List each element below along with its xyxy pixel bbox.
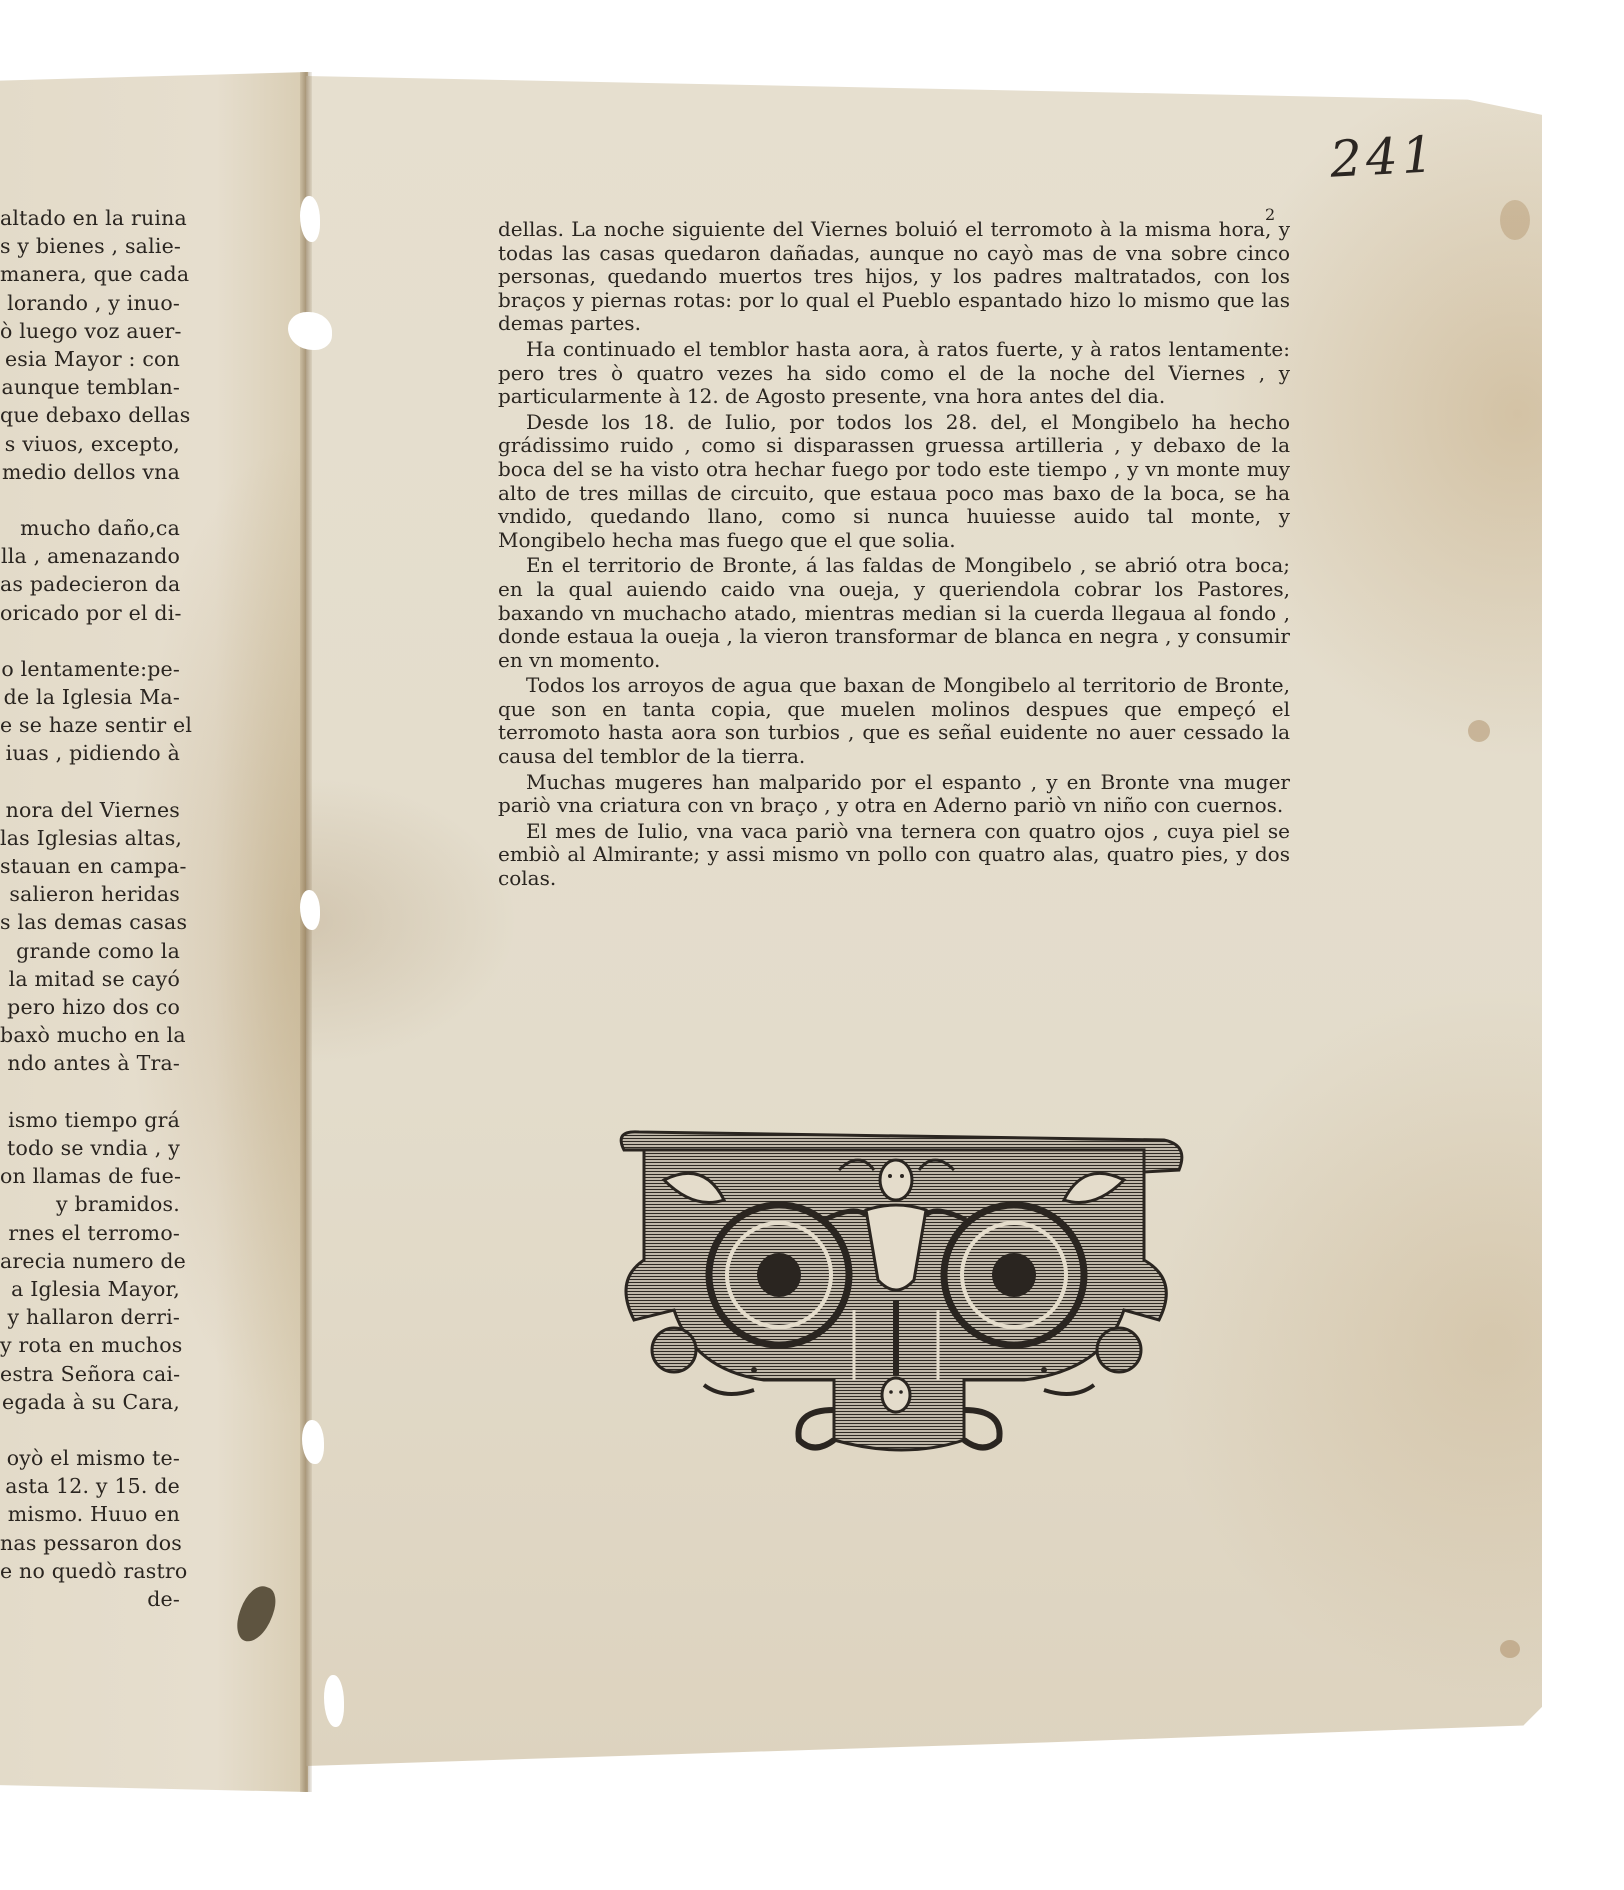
text-line: rnes el terromo- [0,1219,180,1247]
text-line: e se haze sentir el [0,711,180,739]
text-line: arecia numero de [0,1247,180,1275]
text-line: grande como la [0,937,180,965]
text-line [0,768,180,796]
text-line [0,1416,180,1444]
text-line: s las demas casas [0,908,180,936]
text-line: nora del Viernes [0,796,180,824]
foxing-stain [1500,1640,1520,1658]
text-line [0,627,180,655]
text-line: iuas , pidiendo à [0,739,180,767]
paragraph: En el territorio de Bronte, á las faldas… [498,554,1290,672]
right-page-text-column: dellas. La noche siguiente del Viernes b… [498,218,1290,893]
text-line: y bramidos. [0,1190,180,1218]
text-line: oyò el mismo te- [0,1444,180,1472]
left-page-text-column: altado en la ruinas y bienes , salie-man… [0,204,180,1613]
text-line: mismo. Huuo en [0,1500,180,1528]
text-line: oricado por el di- [0,599,180,627]
text-line: estra Señora cai- [0,1360,180,1388]
text-line: as padecieron da [0,570,180,598]
paper-hole [300,890,320,930]
text-line: ndo antes à Tra- [0,1049,180,1077]
text-line: medio dellos vna [0,458,180,486]
text-line: egada à su Cara, [0,1388,180,1416]
text-line: asta 12. y 15. de [0,1472,180,1500]
paper-hole [300,196,320,242]
paper-hole [324,1675,344,1727]
text-line: nas pessaron dos [0,1529,180,1557]
text-line: s y bienes , salie- [0,232,180,260]
text-line [0,486,180,514]
text-line [0,1078,180,1106]
text-line: s viuos, excepto, [0,430,180,458]
text-line: y hallaron derri- [0,1303,180,1331]
text-line: las Iglesias altas, [0,824,180,852]
text-line: lla , amenazando [0,542,180,570]
handwritten-folio-number: 241 [1329,125,1439,189]
text-line: de la Iglesia Ma- [0,683,180,711]
text-line: on llamas de fue- [0,1162,180,1190]
text-line: esia Mayor : con [0,345,180,373]
text-line: baxò mucho en la [0,1021,180,1049]
text-line: pero hizo dos co [0,993,180,1021]
paragraph: dellas. La noche siguiente del Viernes b… [498,218,1290,336]
paragraph: Desde los 18. de Iulio, por todos los 28… [498,411,1290,553]
paragraph: Muchas mugeres han malparido por el espa… [498,771,1290,818]
text-line: a Iglesia Mayor, [0,1275,180,1303]
text-line: y rota en muchos [0,1331,180,1359]
text-line: o lentamente:pe- [0,655,180,683]
text-line: aunque temblan- [0,373,180,401]
paragraph: Ha continuado el temblor hasta aora, à r… [498,338,1290,409]
text-line: de- [0,1585,180,1613]
text-line: e no quedò rastro [0,1557,180,1585]
text-line: mucho daño,ca [0,514,180,542]
text-line: ò luego voz auer- [0,317,180,345]
text-line: salieron heridas [0,880,180,908]
foxing-stain [1500,200,1530,240]
text-line: todo se vndia , y [0,1134,180,1162]
text-line: lorando , y inuo- [0,289,180,317]
text-line: ismo tiempo grá [0,1106,180,1134]
foxing-stain [1468,720,1490,742]
text-line: la mitad se cayó [0,965,180,993]
text-line: que debaxo dellas [0,401,180,429]
woodcut-ornament-icon [604,1110,1184,1455]
paragraph: El mes de Iulio, vna vaca pariò vna tern… [498,820,1290,891]
paper-hole [302,1420,324,1464]
text-line: altado en la ruina [0,204,180,232]
paragraph: Todos los arroyos de agua que baxan de M… [498,674,1290,768]
text-line: stauan en campa- [0,852,180,880]
text-line: manera, que cada [0,260,180,288]
